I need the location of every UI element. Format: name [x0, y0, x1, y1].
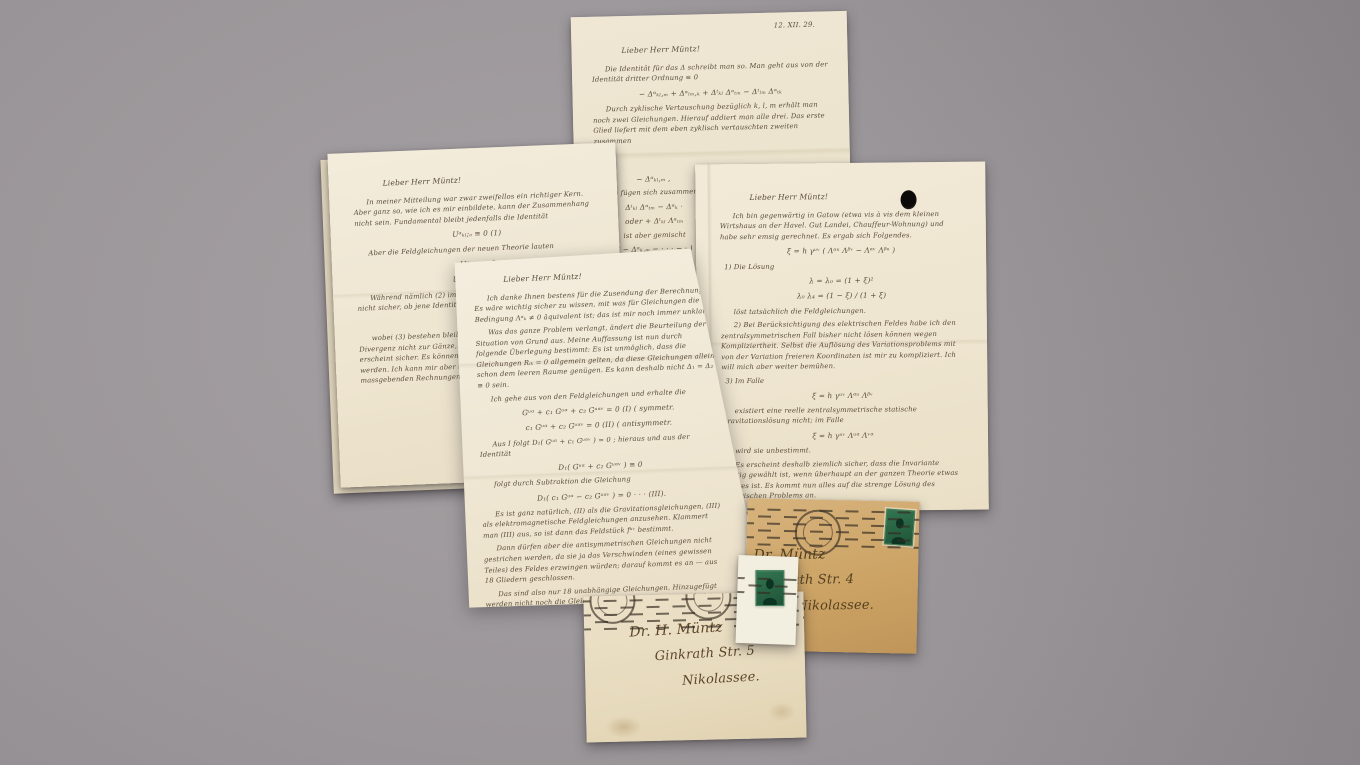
handwriting-line: Durch zyklische Vertauschung bezüglich k…	[593, 99, 830, 146]
handwriting-line: 1) Die Lösung	[724, 259, 962, 272]
letter-right-text: Lieber Herr Müntz!Ich bin gegenwärtig in…	[719, 190, 964, 513]
handwriting-line: In meiner Mitteilung war zwar zweifellos…	[353, 188, 598, 229]
handwriting-line: Lieber Herr Müntz!	[621, 40, 827, 56]
letter-middle-text: Lieber Herr Müntz!Ich danke Ihnen besten…	[473, 266, 726, 610]
handwriting-line: 2) Bei Berücksichtigung des elektrischen…	[721, 318, 964, 373]
envelope-small-corner	[735, 555, 798, 645]
handwriting-line: Nikolassee.	[682, 670, 760, 689]
handwriting-line: Lieber Herr Müntz!	[382, 169, 596, 189]
handwriting-line: Ich danke Ihnen bestens für die Zusendun…	[474, 285, 715, 326]
handwriting-line: löst tatsächlich die Feldgleichungen.	[721, 305, 963, 318]
cancellation-lines	[735, 577, 798, 600]
handwriting-line: wird sie unbestimmt.	[722, 444, 964, 457]
letter-middle: Lieber Herr Müntz!Ich danke Ihnen besten…	[454, 247, 759, 610]
handwriting-line: Lieber Herr Müntz!	[749, 190, 961, 204]
handwriting-line: Nikolassee.	[796, 598, 874, 613]
letter-middle-wrap: Lieber Herr Müntz!Ich danke Ihnen besten…	[461, 252, 753, 604]
handwriting-line: Es ist ganz natürlich, (II) als die Grav…	[482, 501, 723, 542]
handwriting-line: 3) Im Falle	[725, 374, 963, 387]
handwriting-line: 12. XII. 29.	[591, 19, 827, 35]
handwriting-line: Lieber Herr Müntz!	[503, 266, 713, 286]
handwriting-line: λ₀ λ₄ = (1 − ξ) / (1 + ξ)	[721, 289, 963, 303]
handwriting-line: Was das ganze Problem verlangt, ändert d…	[475, 319, 717, 391]
handwriting-line: − Δᵅₖₗ,ₘ + Δᵅₗₘ,ₖ + Δᵗₖₗ Δᵅₜₘ − Δᵗₗₘ Δᵅₜ…	[592, 84, 828, 101]
handwriting-line: ξ = h γᵘᵛ ( Λᵅᵘ Λᵝᵛ − Λᵅᵛ Λᵝᵘ )	[720, 244, 962, 258]
handwriting-line: Die Identität für das Δ schreibt man so.…	[592, 59, 828, 85]
handwriting-line: Ginkrath Str. 5	[654, 645, 758, 665]
photo-background: 12. XII. 29.Lieber Herr Müntz!Die Identi…	[0, 0, 1360, 765]
handwriting-line: λ = λ₀ = (1 + ξ)²	[720, 274, 962, 288]
handwriting-line: Ich bin gegenwärtig in Gatow (etwa vis à…	[720, 209, 962, 243]
handwriting-line: ξ = h γᵘᵛ Λᵅᵘ Λᵝᵛ	[722, 388, 964, 402]
handwriting-line: Es erscheint deshalb ziemlich sicher, da…	[722, 457, 964, 502]
handwriting-line: existiert eine reelle zentralsymmetrisch…	[722, 404, 964, 428]
handwriting-line: ξ = h γᵘᵛ Λᵘᵅ Λᵛᵅ	[722, 429, 964, 443]
cancellation-lines	[744, 508, 919, 554]
handwriting-line: Dann dürfen aber die antisymmetrischen G…	[483, 535, 724, 586]
